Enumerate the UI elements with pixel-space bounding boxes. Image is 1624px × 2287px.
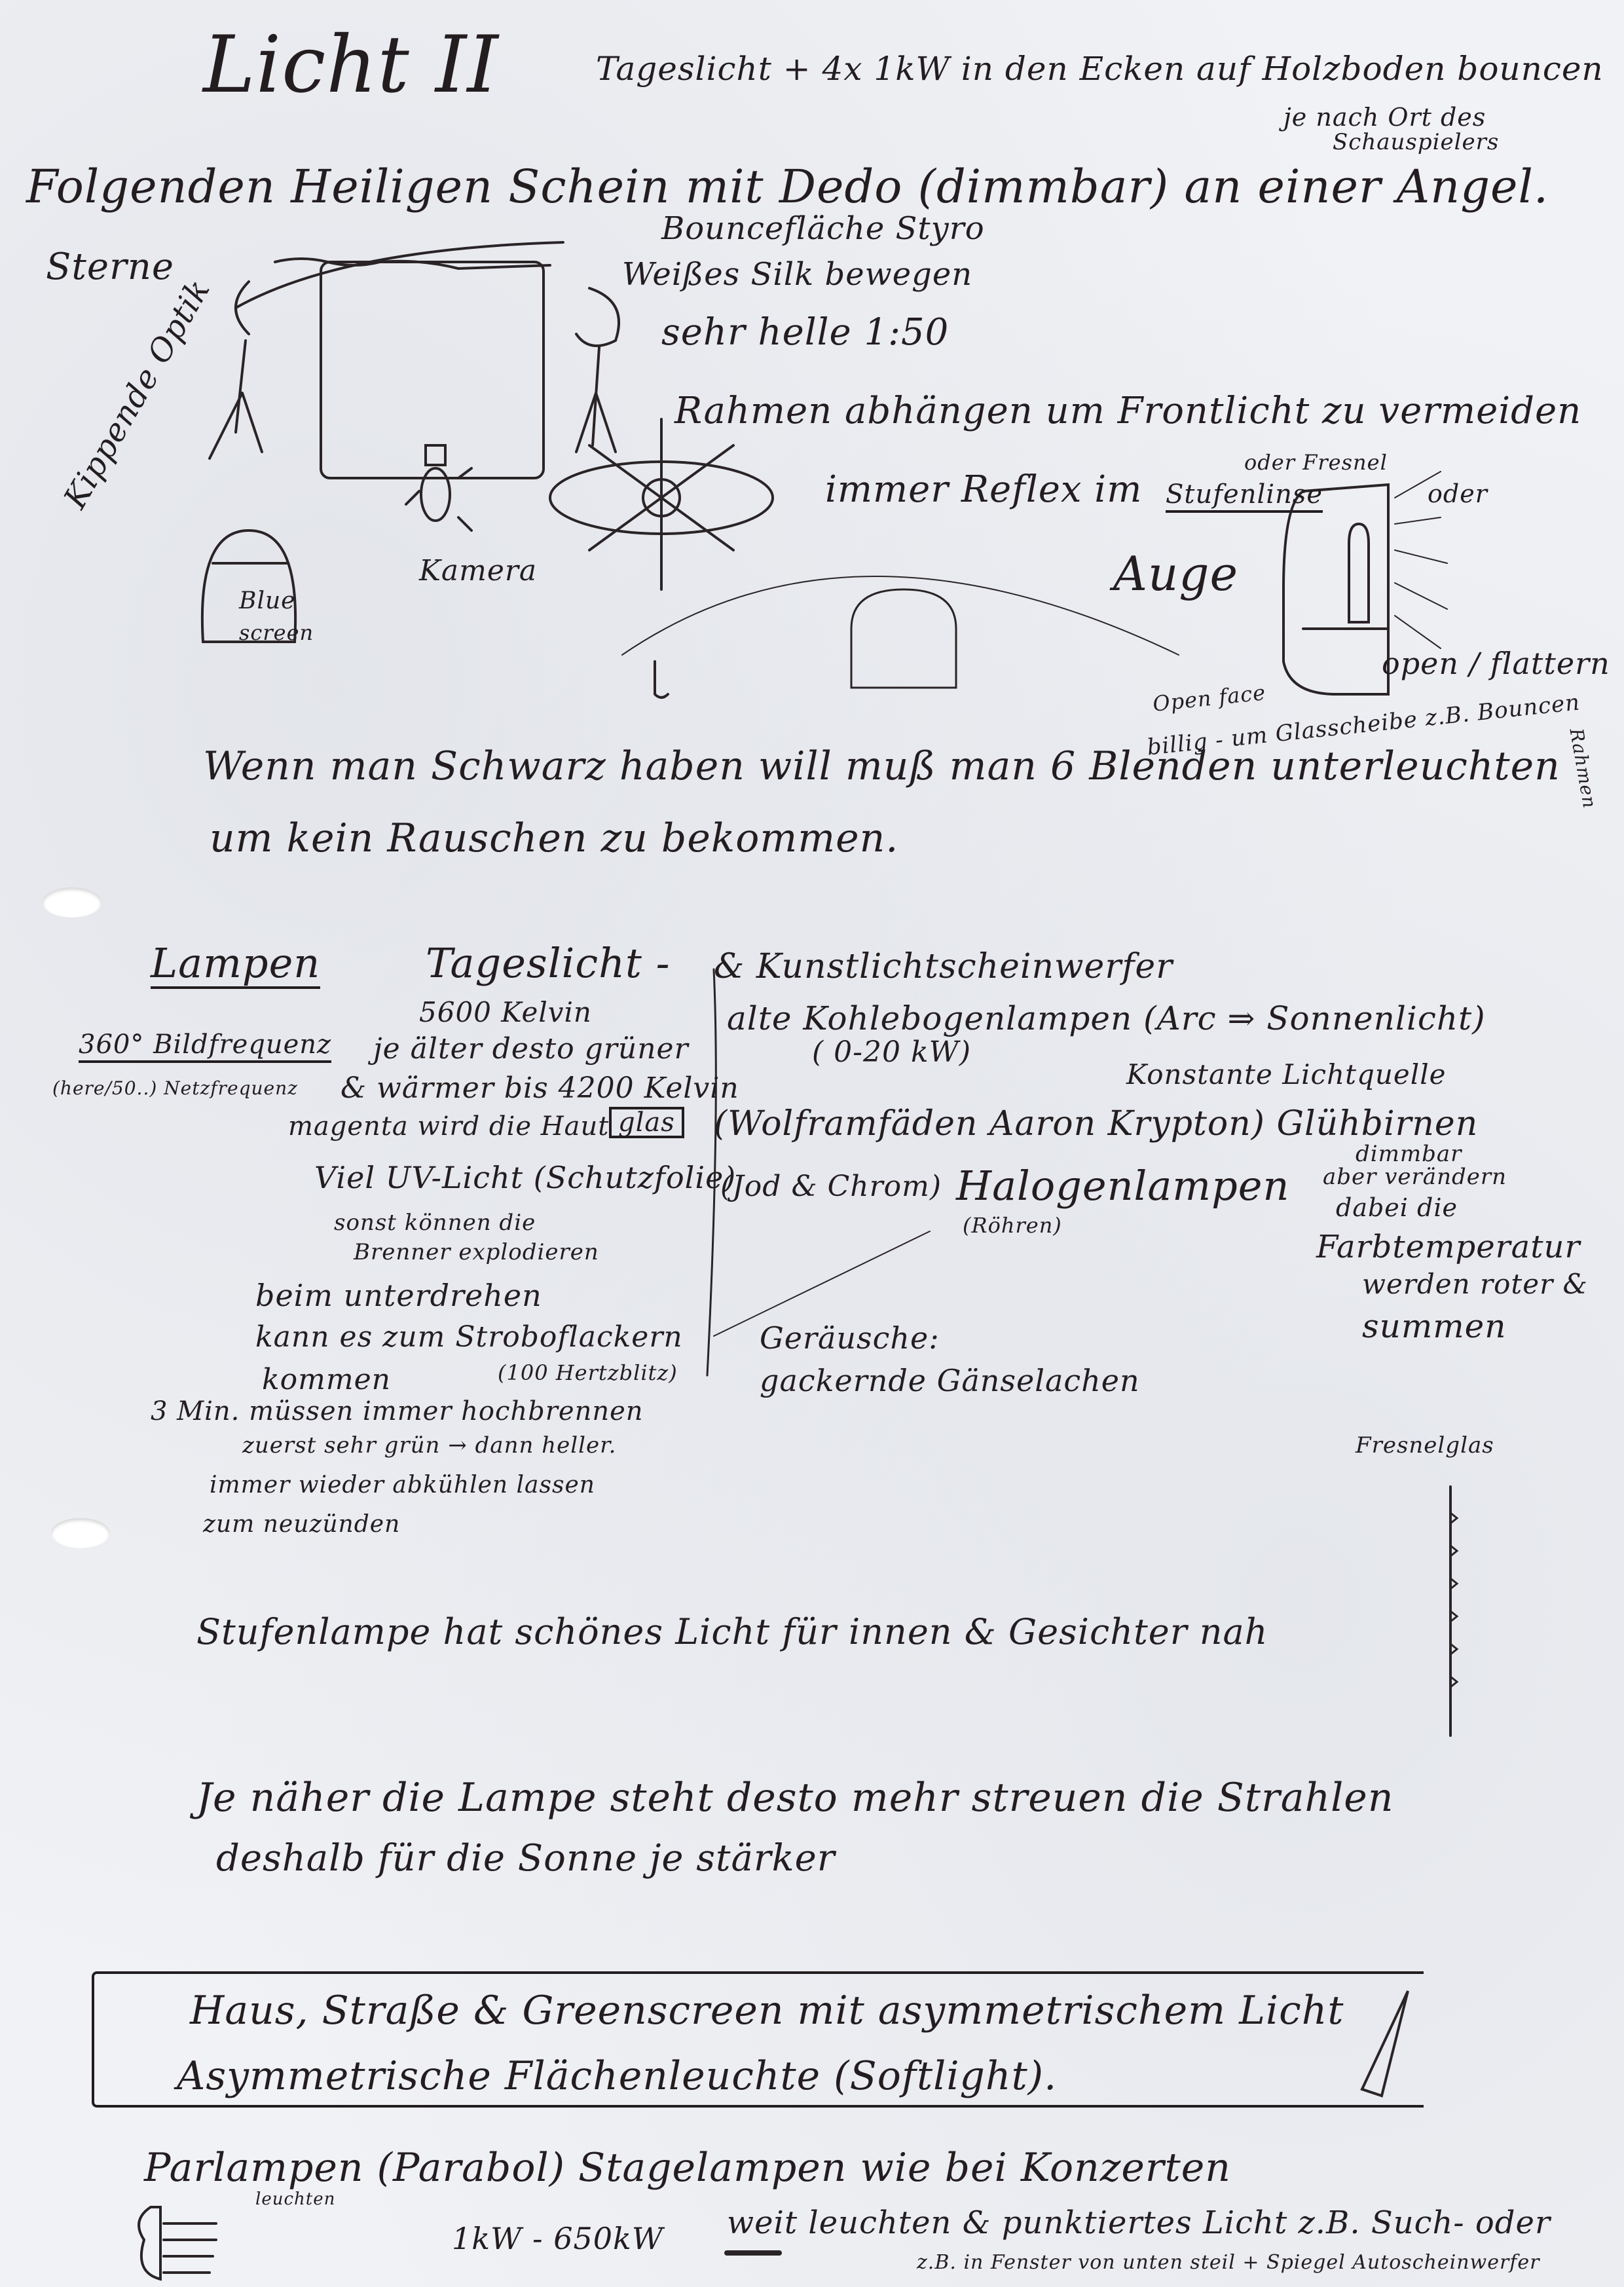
lampen-heading: Lampen [151, 943, 320, 989]
waermer-4200: & wärmer bis 4200 Kelvin [341, 1074, 739, 1103]
glas-box: glas [609, 1107, 684, 1138]
label-kamera: Kamera [419, 557, 537, 586]
par-lamp-icon [139, 2207, 160, 2279]
geraeusche: Geräusche: [760, 1323, 940, 1353]
sonst-koennen: sonst können die [334, 1212, 536, 1234]
heiligenschein-line: Folgenden Heiligen Schein mit Dedo (dimm… [26, 164, 1549, 210]
stand-right-icon [576, 347, 616, 452]
label-blue: Blue [239, 589, 295, 613]
kunstlicht-title: & Kunstlichtscheinwerfer [714, 950, 1173, 984]
tageslicht-title: Tageslicht - [426, 943, 671, 984]
halogenlampen: Halogenlampen [956, 1166, 1289, 1206]
kohle-kw: ( 0-20 kW) [812, 1038, 971, 1067]
freq-numerator: 360° Bildfrequenz [79, 1032, 331, 1063]
dimmbar: dimmbar [1356, 1143, 1462, 1165]
bounce-frame-top [236, 242, 563, 308]
magenta-haut: magenta wird die Haut [288, 1113, 609, 1140]
kommen: kommen [262, 1366, 391, 1394]
kelvin-5600: 5600 Kelvin [419, 999, 592, 1026]
jenaeher-line-1: Je näher die Lampe steht desto mehr stre… [196, 1778, 1393, 1817]
freq-denominator: (here/50..) Netzfrequenz [52, 1079, 298, 1098]
label-auge: Auge [1113, 550, 1238, 597]
wolframfaeden: (Wolframfäden Aaron Krypton) Glühbirnen [714, 1107, 1478, 1141]
neuzuenden: zum neuzünden [203, 1513, 400, 1536]
notebook-page: Licht II Tageslicht + 4x 1kW in den Ecke… [0, 0, 1624, 2287]
par-sub: leuchten [255, 2191, 335, 2208]
abkuehlen: immer wieder abkühlen lassen [210, 1474, 595, 1497]
beim-unterdrehen: beim unterdrehen [255, 1280, 542, 1311]
dabei-die: dabei die [1336, 1195, 1458, 1220]
uv-licht: Viel UV-Licht (Schutzfolie) [314, 1162, 736, 1193]
page-title: Licht II [203, 26, 499, 105]
hertzblitz: (100 Hertzblitz) [498, 1362, 678, 1383]
stand-left-icon [210, 341, 262, 458]
label-stufenlinse: Stufenlinse [1166, 481, 1323, 513]
note-sub-2: Schauspielers [1333, 131, 1499, 153]
farbtemperatur: Farbtemperatur [1316, 1231, 1580, 1263]
aber-veraendern: aber verändern [1323, 1166, 1507, 1188]
label-open-flattern: open / flattern [1382, 648, 1610, 679]
note-sub-1: je nach Ort des [1283, 105, 1486, 130]
gackernde-gaenselachen: gackernde Gänselachen [760, 1366, 1140, 1396]
label-sterne: Sterne [46, 249, 174, 286]
note-tageslicht: Tageslicht + 4x 1kW in den Ecken auf Hol… [596, 52, 1604, 85]
jod-chrom: (Jod & Chrom) [720, 1172, 942, 1201]
label-fresnel: oder Fresnel [1244, 452, 1388, 473]
kann-stroboflackern: kann es zum Stroboflackern [255, 1323, 683, 1352]
par-weit: weit leuchten & punktiertes Licht z.B. S… [727, 2207, 1551, 2239]
label-silk: Weißes Silk bewegen [622, 259, 972, 290]
box-line-1: Haus, Straße & Greenscreen mit asymmetri… [190, 1991, 1344, 2030]
kohlebogenlampen: alte Kohlebogenlampen (Arc ⇒ Sonnenlicht… [727, 1002, 1486, 1035]
label-bounce: Bouncefläche Styro [661, 213, 985, 244]
label-screen: screen [239, 622, 314, 643]
label-reflex: immer Reflex im [825, 472, 1142, 508]
jenaeher-line-2: deshalb für die Sonne je stärker [216, 1840, 836, 1877]
drei-minuten: 3 Min. müssen immer hochbrennen [151, 1398, 644, 1424]
fresnelglas-label: Fresnelglas [1356, 1434, 1494, 1457]
camera-icon [426, 445, 445, 465]
werden-roter: werden roter & [1362, 1271, 1588, 1298]
schwarz-line-2: um kein Rauschen zu bekommen. [210, 819, 898, 858]
label-helle: sehr helle 1:50 [661, 314, 949, 351]
schwarz-line-1: Wenn man Schwarz haben will muß man 6 Bl… [203, 747, 1560, 786]
brenner-explodieren: Brenner explodieren [354, 1241, 599, 1263]
summen: summen [1362, 1310, 1506, 1343]
box-line-2: Asymmetrische Flächenleuchte (Softlight)… [177, 2056, 1057, 2096]
roehren: (Röhren) [963, 1215, 1062, 1236]
label-rahmen: Rahmen abhängen um Frontlicht zu vermeid… [674, 393, 1581, 430]
aelter-gruener: je älter desto grüner [373, 1035, 689, 1064]
par-kw: 1kW - 650kW [452, 2223, 663, 2254]
zuerst-gruen: zuerst sehr grün → dann heller. [242, 1434, 616, 1457]
stufenlampe-note: Stufenlampe hat schönes Licht für innen … [196, 1614, 1268, 1650]
par-title: Parlampen (Parabol) Stagelampen wie bei … [144, 2148, 1231, 2187]
stufenlinse-lamp-icon [1283, 485, 1388, 694]
par-weit-2: z.B. in Fenster von unten steil + Spiege… [917, 2253, 1540, 2273]
konstante-lichtquelle: Konstante Lichtquelle [1126, 1061, 1446, 1088]
label-oder: oder [1428, 481, 1488, 506]
